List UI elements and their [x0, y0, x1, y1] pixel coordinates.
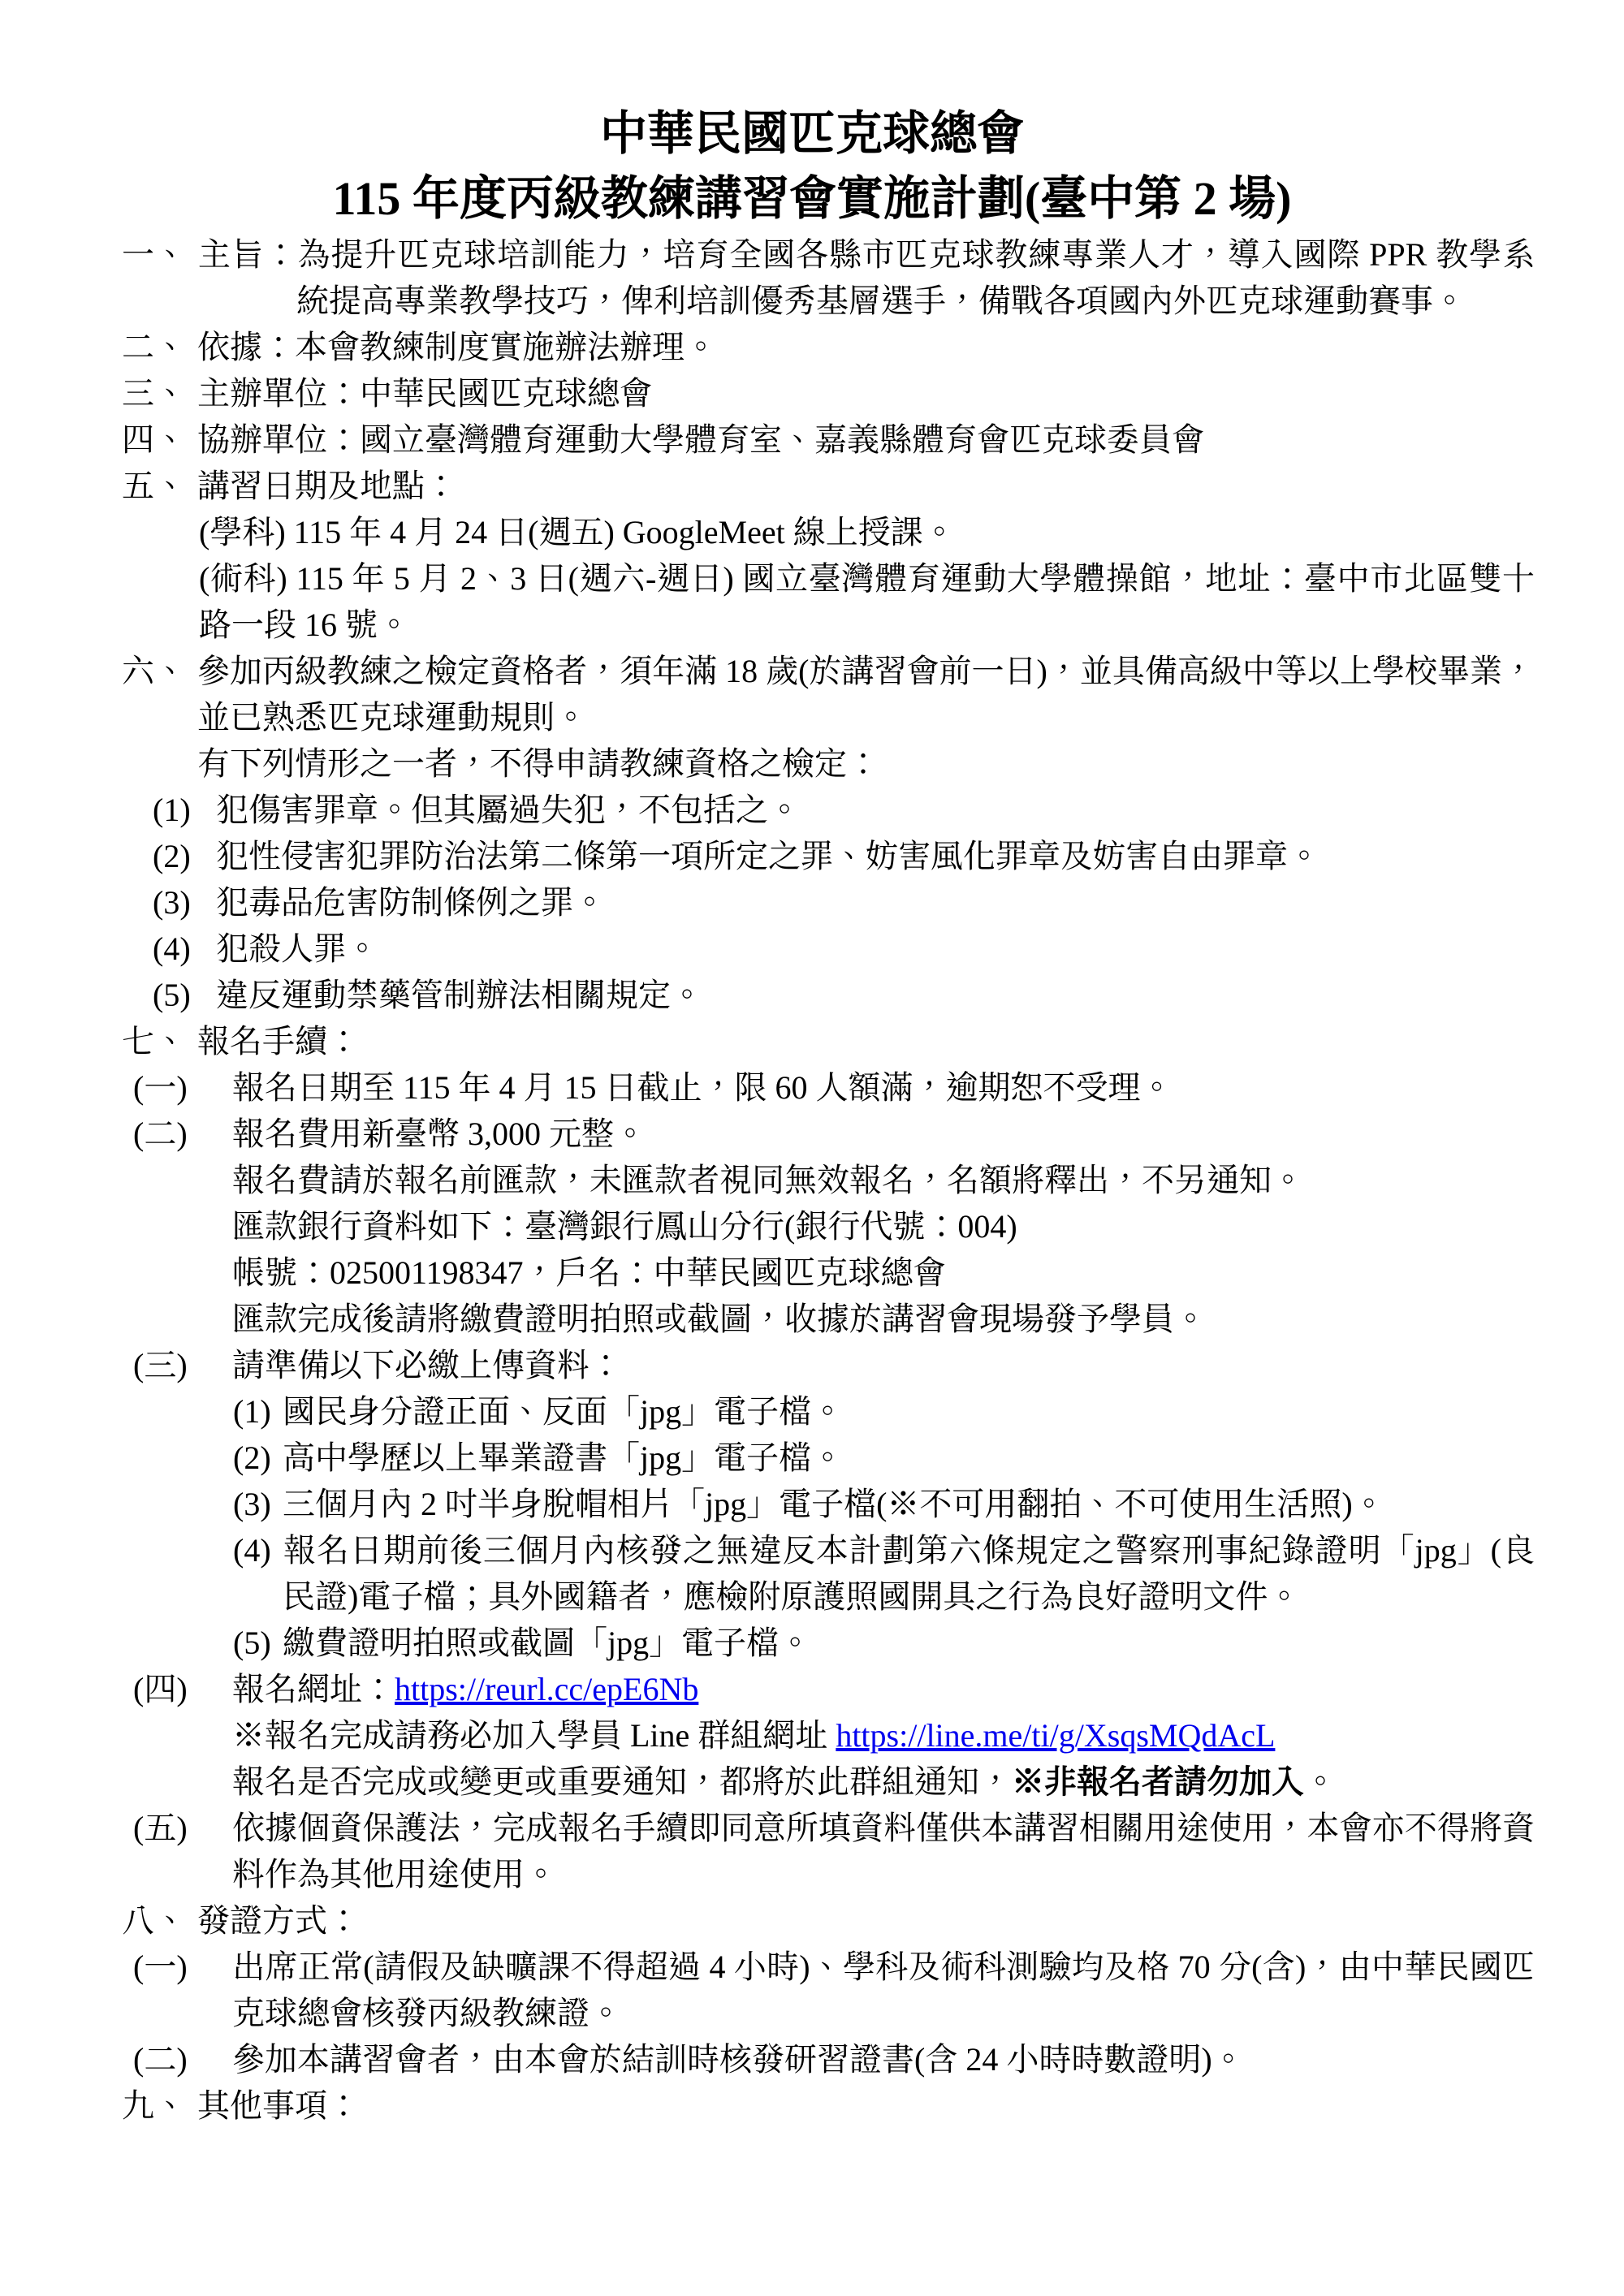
line-practical-session: (術科) 115 年 5 月 2、3 日(週六-週日) 國立臺灣體育運動大學體操…: [0, 555, 1535, 648]
item-registration-url: (四)報名網址：https://reurl.cc/epE6Nb: [0, 1666, 1535, 1712]
item-number: 三、: [122, 370, 197, 416]
document-page: 中華民國匹克球總會 115 年度丙級教練講習會實施計劃(臺中第 2 場) 一、主…: [0, 0, 1624, 2296]
item-number: 二、: [122, 324, 197, 370]
item-number: (5): [153, 972, 216, 1018]
item-text: 國民身分證正面、反面「jpg」電子檔。: [283, 1393, 844, 1430]
upload-doc-item: (3)三個月內 2 吋半身脫帽相片「jpg」電子檔(※不可用翻拍、不可使用生活照…: [0, 1481, 1535, 1527]
item-number: (一): [133, 1944, 232, 1990]
item-number: (1): [233, 1388, 283, 1435]
item-number: (一): [133, 1064, 232, 1111]
section-1-purpose: 一、主旨：為提升匹克球培訓能力，培育全國各縣市匹克球教練專業人才，導入國際 PP…: [0, 231, 1535, 324]
section-3-organizer: 三、主辦單位：中華民國匹克球總會: [0, 370, 1535, 416]
item-text: 出席正常(請假及缺曠課不得超過 4 小時)、學科及術科測驗均及格 70 分(含)…: [232, 1949, 1535, 2031]
section-text: 主旨：為提升匹克球培訓能力，培育全國各縣市匹克球教練專業人才，導入國際 PPR …: [197, 236, 1535, 319]
item-number: (3): [233, 1481, 283, 1527]
item-number: (4): [153, 926, 216, 972]
item-number: (5): [233, 1620, 283, 1666]
notice-text: 報名是否完成或變更或重要通知，都將於此群組通知，: [232, 1763, 1012, 1800]
item-text: 違反運動禁藥管制辦法相關規定。: [216, 977, 703, 1013]
item-number: (1): [153, 787, 216, 833]
item-text: 報名日期前後三個月內核發之無違反本計劃第六條規定之警察刑事紀錄證明「jpg」(良…: [283, 1532, 1535, 1615]
item-text: 犯殺人罪。: [216, 930, 378, 967]
item-number: (2): [233, 1435, 283, 1481]
section-text: 依據：本會教練制度實施辦法辦理。: [197, 329, 717, 365]
notice-warning-bold: ※非報名者請勿加入: [1012, 1763, 1304, 1800]
document-header: 中華民國匹克球總會 115 年度丙級教練講習會實施計劃(臺中第 2 場): [0, 101, 1624, 231]
item-upload-docs: (三)請準備以下必繳上傳資料：: [0, 1342, 1535, 1388]
item-text: 參加本講習會者，由本會於結訓時核發研習證書(含 24 小時時數證明)。: [232, 2041, 1245, 2078]
disqualification-item: (3)犯毒品危害防制條例之罪。: [0, 879, 1535, 926]
item-text: 報名費用新臺幣 3,000 元整。: [232, 1116, 646, 1152]
line-account-info: 帳號：025001198347，戶名：中華民國匹克球總會: [0, 1249, 1535, 1296]
section-6-eligibility: 六、參加丙級教練之檢定資格者，須年滿 18 歲(於講習會前一日)，並具備高級中等…: [0, 648, 1535, 740]
item-text: 犯性侵害犯罪防治法第二條第一項所定之罪、妨害風化罪章及妨害自由罪章。: [216, 838, 1320, 874]
line-line-group: ※報名完成請務必加入學員 Line 群組網址 https://line.me/t…: [0, 1712, 1535, 1759]
upload-doc-item: (1)國民身分證正面、反面「jpg」電子檔。: [0, 1388, 1535, 1435]
doc-title: 中華民國匹克球總會: [0, 101, 1624, 166]
item-number: (二): [133, 2036, 232, 2082]
item-registration-fee: (二)報名費用新臺幣 3,000 元整。: [0, 1111, 1535, 1157]
upload-doc-item: (5)繳費證明拍照或截圖「jpg」電子檔。: [0, 1620, 1535, 1666]
item-number: 七、: [122, 1018, 197, 1064]
section-4-co-organizer: 四、協辦單位：國立臺灣體育運動大學體育室、嘉義縣體育會匹克球委員會: [0, 416, 1535, 463]
item-text: 報名日期至 115 年 4 月 15 日截止，限 60 人額滿，逾期恕不受理。: [232, 1069, 1173, 1106]
item-text: 繳費證明拍照或截圖「jpg」電子檔。: [283, 1625, 811, 1661]
section-2-basis: 二、依據：本會教練制度實施辦法辦理。: [0, 324, 1535, 370]
section-text: 報名手續：: [197, 1023, 360, 1060]
item-text: 請準備以下必繳上傳資料：: [232, 1347, 622, 1383]
disqualification-item: (1)犯傷害罪章。但其屬過失犯，不包括之。: [0, 787, 1535, 833]
doc-subtitle: 115 年度丙級教練講習會實施計劃(臺中第 2 場): [0, 166, 1624, 231]
item-number: (4): [233, 1527, 283, 1573]
section-text: 主辦單位：中華民國匹克球總會: [197, 375, 652, 412]
item-number: 八、: [122, 1897, 197, 1944]
section-text: 參加丙級教練之檢定資格者，須年滿 18 歲(於講習會前一日)，並具備高級中等以上…: [197, 653, 1535, 736]
section-9-others: 九、其他事項：: [0, 2082, 1535, 2129]
disqualification-item: (5)違反運動禁藥管制辦法相關規定。: [0, 972, 1535, 1018]
item-number: 五、: [122, 463, 197, 509]
section-text: 發證方式：: [197, 1902, 360, 1939]
notice-period: 。: [1304, 1763, 1337, 1800]
item-attendance-cert: (二)參加本講習會者，由本會於結訓時核發研習證書(含 24 小時時數證明)。: [0, 2036, 1535, 2082]
section-8-certification: 八、發證方式：: [0, 1897, 1535, 1944]
item-number: (四): [133, 1666, 232, 1712]
item-text: 犯毒品危害防制條例之罪。: [216, 884, 606, 921]
item-text: 三個月內 2 吋半身脫帽相片「jpg」電子檔(※不可用翻拍、不可使用生活照)。: [283, 1486, 1385, 1522]
item-number: (3): [153, 879, 216, 926]
line-group-url-link[interactable]: https://line.me/ti/g/XsqsMQdAcL: [836, 1717, 1275, 1754]
item-cert-requirements: (一)出席正常(請假及缺曠課不得超過 4 小時)、學科及術科測驗均及格 70 分…: [0, 1944, 1535, 2036]
upload-doc-item: (4)報名日期前後三個月內核發之無違反本計劃第六條規定之警察刑事紀錄證明「jpg…: [0, 1527, 1535, 1620]
item-number: 九、: [122, 2082, 197, 2129]
item-registration-deadline: (一)報名日期至 115 年 4 月 15 日截止，限 60 人額滿，逾期恕不受…: [0, 1064, 1535, 1111]
registration-url-link[interactable]: https://reurl.cc/epE6Nb: [395, 1671, 698, 1707]
disqualification-item: (2)犯性侵害犯罪防治法第二條第一項所定之罪、妨害風化罪章及妨害自由罪章。: [0, 833, 1535, 879]
line-fee-remit-notice: 報名費請於報名前匯款，未匯款者視同無效報名，名額將釋出，不另通知。: [0, 1157, 1535, 1203]
item-label: 報名網址：: [232, 1671, 395, 1707]
item-number: 一、: [122, 231, 197, 278]
item-number: (五): [133, 1805, 232, 1851]
section-text: 講習日期及地點：: [197, 468, 457, 504]
item-privacy: (五)依據個資保護法，完成報名手續即同意所填資料僅供本講習相關用途使用，本會亦不…: [0, 1805, 1535, 1897]
item-number: (2): [153, 833, 216, 879]
disqualification-item: (4)犯殺人罪。: [0, 926, 1535, 972]
line-theory-session: (學科) 115 年 4 月 24 日(週五) GoogleMeet 線上授課。: [0, 509, 1535, 555]
line-disqualification-intro: 有下列情形之一者，不得申請教練資格之檢定：: [0, 740, 1535, 787]
item-number: (三): [133, 1342, 232, 1388]
section-7-registration: 七、報名手續：: [0, 1018, 1535, 1064]
item-text: 犯傷害罪章。但其屬過失犯，不包括之。: [216, 792, 801, 828]
document-body: 一、主旨：為提升匹克球培訓能力，培育全國各縣市匹克球教練專業人才，導入國際 PP…: [0, 231, 1624, 2129]
line-group-notice: 報名是否完成或變更或重要通知，都將於此群組通知，※非報名者請勿加入。: [0, 1759, 1535, 1805]
line-remit-proof: 匯款完成後請將繳費證明拍照或截圖，收據於講習會現場發予學員。: [0, 1296, 1535, 1342]
section-text: 協辦單位：國立臺灣體育運動大學體育室、嘉義縣體育會匹克球委員會: [197, 421, 1204, 458]
line-bank-info: 匯款銀行資料如下：臺灣銀行鳳山分行(銀行代號：004): [0, 1203, 1535, 1249]
item-number: 六、: [122, 648, 197, 694]
item-text: 依據個資保護法，完成報名手續即同意所填資料僅供本講習相關用途使用，本會亦不得將資…: [232, 1810, 1535, 1892]
item-number: 四、: [122, 416, 197, 463]
upload-doc-item: (2)高中學歷以上畢業證書「jpg」電子檔。: [0, 1435, 1535, 1481]
section-text: 其他事項：: [197, 2087, 360, 2124]
line-group-note: ※報名完成請務必加入學員 Line 群組網址: [232, 1717, 836, 1754]
item-number: (二): [133, 1111, 232, 1157]
item-text: 高中學歷以上畢業證書「jpg」電子檔。: [283, 1439, 844, 1476]
section-5-schedule: 五、講習日期及地點：: [0, 463, 1535, 509]
